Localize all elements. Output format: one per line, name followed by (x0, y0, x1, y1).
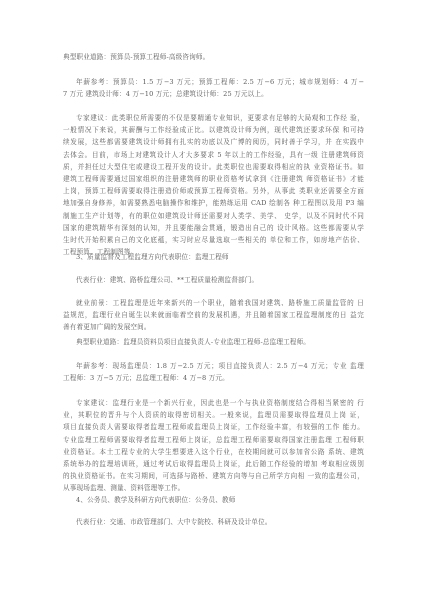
text-line: 续发展，这些都需要建筑设计师拥有扎实的功底以及广博的阅历，同时善于学习，并 在实… (63, 136, 364, 148)
paragraph-prospects-3: 就业前景：工程监理是近年来新兴的一个职业，随着我国对建筑、路桥施工质量监管的 日… (63, 297, 364, 334)
text-line: 质，并担任过大型住宅或建设工程开发的设计。此类职位也需要取得相应的执 业资格证书… (63, 161, 364, 173)
text-line: 就业前景：工程监理是近年来新兴的一个职业，随着我国对建筑、路桥施工质量监管的 日 (63, 297, 364, 309)
text-line: 典型职业道路：预算员-预算工程师-高级咨询师。 (63, 51, 364, 63)
text-line: 典型职业道路：监理员资料员项目直接负责人-专业监理工程师-总监理工程师。 (63, 336, 364, 348)
text-line: 专家建议：此类职位所需要的不仅是要精通专业知识，更要求有足够的大局观和工作经 验… (63, 112, 364, 124)
text-line: 4、公务员、教学及科研方向代表职位：公务员、教师 (63, 494, 364, 506)
text-line: 从事现场监理、测量、资料管理等工作。 (63, 482, 364, 494)
text-line: 生时代开始积累自己的文化底蕴，实习时应尽量选取一些相关的 单位和工作，如房地产估… (63, 234, 364, 246)
text-line: 7 万元 建筑设计师：4 万−10 万元；总建筑设计师：25 万元以上。 (63, 88, 364, 100)
text-line: 代表行业：建筑、路桥监理公司、**工程质量检测监督部门。 (63, 274, 364, 286)
text-line: 益规范，监理行业自诞生以来就面临着空前的发展机遇，并且随着国家工程监理制度的日 … (63, 309, 364, 321)
paragraph-salary-1: 年薪参考：预算员：1.5 万−3 万元；预算工程师：2.5 万−6 万元；城市规… (63, 76, 364, 100)
paragraph-section-3-heading: 3、质量监督及工程监理方向代表职位：监理工程师 (63, 251, 364, 263)
text-line: 上岗，预算工程师需要取得注册造价师或预算工程师资格。另外，从事此 类职业还需要全… (63, 185, 364, 197)
paragraph-expert-advice-1: 专家建议：此类职位所需要的不仅是要精通专业知识，更要求有足够的大局观和工作经 验… (63, 112, 364, 258)
text-line: 一般情况下来说，其薪酬与工作经验成正比。以建筑设计师为例，现代建筑还要求环保 和… (63, 124, 364, 136)
text-line: 年薪参考：预算员：1.5 万−3 万元；预算工程师：2.5 万−6 万元；城市规… (63, 76, 364, 88)
paragraph-salary-3: 年薪参考：现场监理员：1.8 万−2.5 万元；项目直接负责人：2.5 万−4 … (63, 360, 364, 384)
text-line: 业，其职位的晋升与个人资质的取得密切相关。一般来说，监理员需要取得监理员上岗 证… (63, 409, 364, 421)
paragraph-industry-4: 代表行业：交通、市政管理部门、大中专院校、科研及设计单位。 (63, 516, 364, 528)
text-line: 地加强自身修养，如需要熟悉电脑操作和维护，能熟练运用 CAD 绘制各 种工程图以… (63, 197, 364, 209)
paragraph-career-path-3: 典型职业道路：监理员资料员项目直接负责人-专业监理工程师-总监理工程师。 (63, 336, 364, 348)
text-line: 建筑工程师需要通过国家组织的注册建筑师的职业资格考试拿到《注册建筑 师资格证书》… (63, 173, 364, 185)
text-line: 制施工生产计划等，有的职位如建筑设计师还需要对人类学、美学、 史学，以及不同时代… (63, 210, 364, 222)
text-line: 专业监理工程师需要取得者监理工程师上岗证，总监理工程师需要取得国家注册监理 工程… (63, 434, 364, 446)
text-line: 工程师：3 万−5 万元；总监理工程师：4 万−8 万元。 (63, 372, 364, 384)
paragraph-section-4-heading: 4、公务员、教学及科研方向代表职位：公务员、教师 (63, 494, 364, 506)
text-line: 代表行业：交通、市政管理部门、大中专院校、科研及设计单位。 (63, 516, 364, 528)
text-line: 年薪参考：现场监理员：1.8 万−2.5 万元；项目直接负责人：2.5 万−4 … (63, 360, 364, 372)
text-line: 国家的建筑精华有深刻的认知，并且要能融会贯通，锻造出自己的 设计风格。这些都需要… (63, 222, 364, 234)
text-line: 项目直接负责人需要取得者监理工程师或监理员上岗证，工作经验丰富，有较强的工作 能… (63, 421, 364, 433)
paragraph-career-path-1: 典型职业道路：预算员-预算工程师-高级咨询师。 (63, 51, 364, 63)
text-line: 去体会。目前，市场上对建筑设计人才大多要求 5 年以上的工作经验，具有一级 注册… (63, 149, 364, 161)
text-line: 业资格证。本土工程专业的大学生想要进入这个行业，在校期间就可以参加省公路 系统、… (63, 446, 364, 458)
text-line: 3、质量监督及工程监理方向代表职位：监理工程师 (63, 251, 364, 263)
text-line: 善有着更加广阔的发展空间。 (63, 321, 364, 333)
paragraph-expert-advice-3: 专家建议：监理行业是一个新兴行业，因此也是一个与执业资格制度结合得相当紧密的 行… (63, 397, 364, 495)
text-line: 专家建议：监理行业是一个新兴行业，因此也是一个与执业资格制度结合得相当紧密的 行 (63, 397, 364, 409)
text-line: 系统举办的监理培训班，通过考试后取得监理员上岗证，此后随工作经验的增加 考取相应… (63, 458, 364, 470)
paragraph-industry-3: 代表行业：建筑、路桥监理公司、**工程质量检测监督部门。 (63, 274, 364, 286)
text-line: 的执业资格证书。在实习期间，可选择与路桥、建筑方向等与自己所学方向相 一致的监理… (63, 470, 364, 482)
